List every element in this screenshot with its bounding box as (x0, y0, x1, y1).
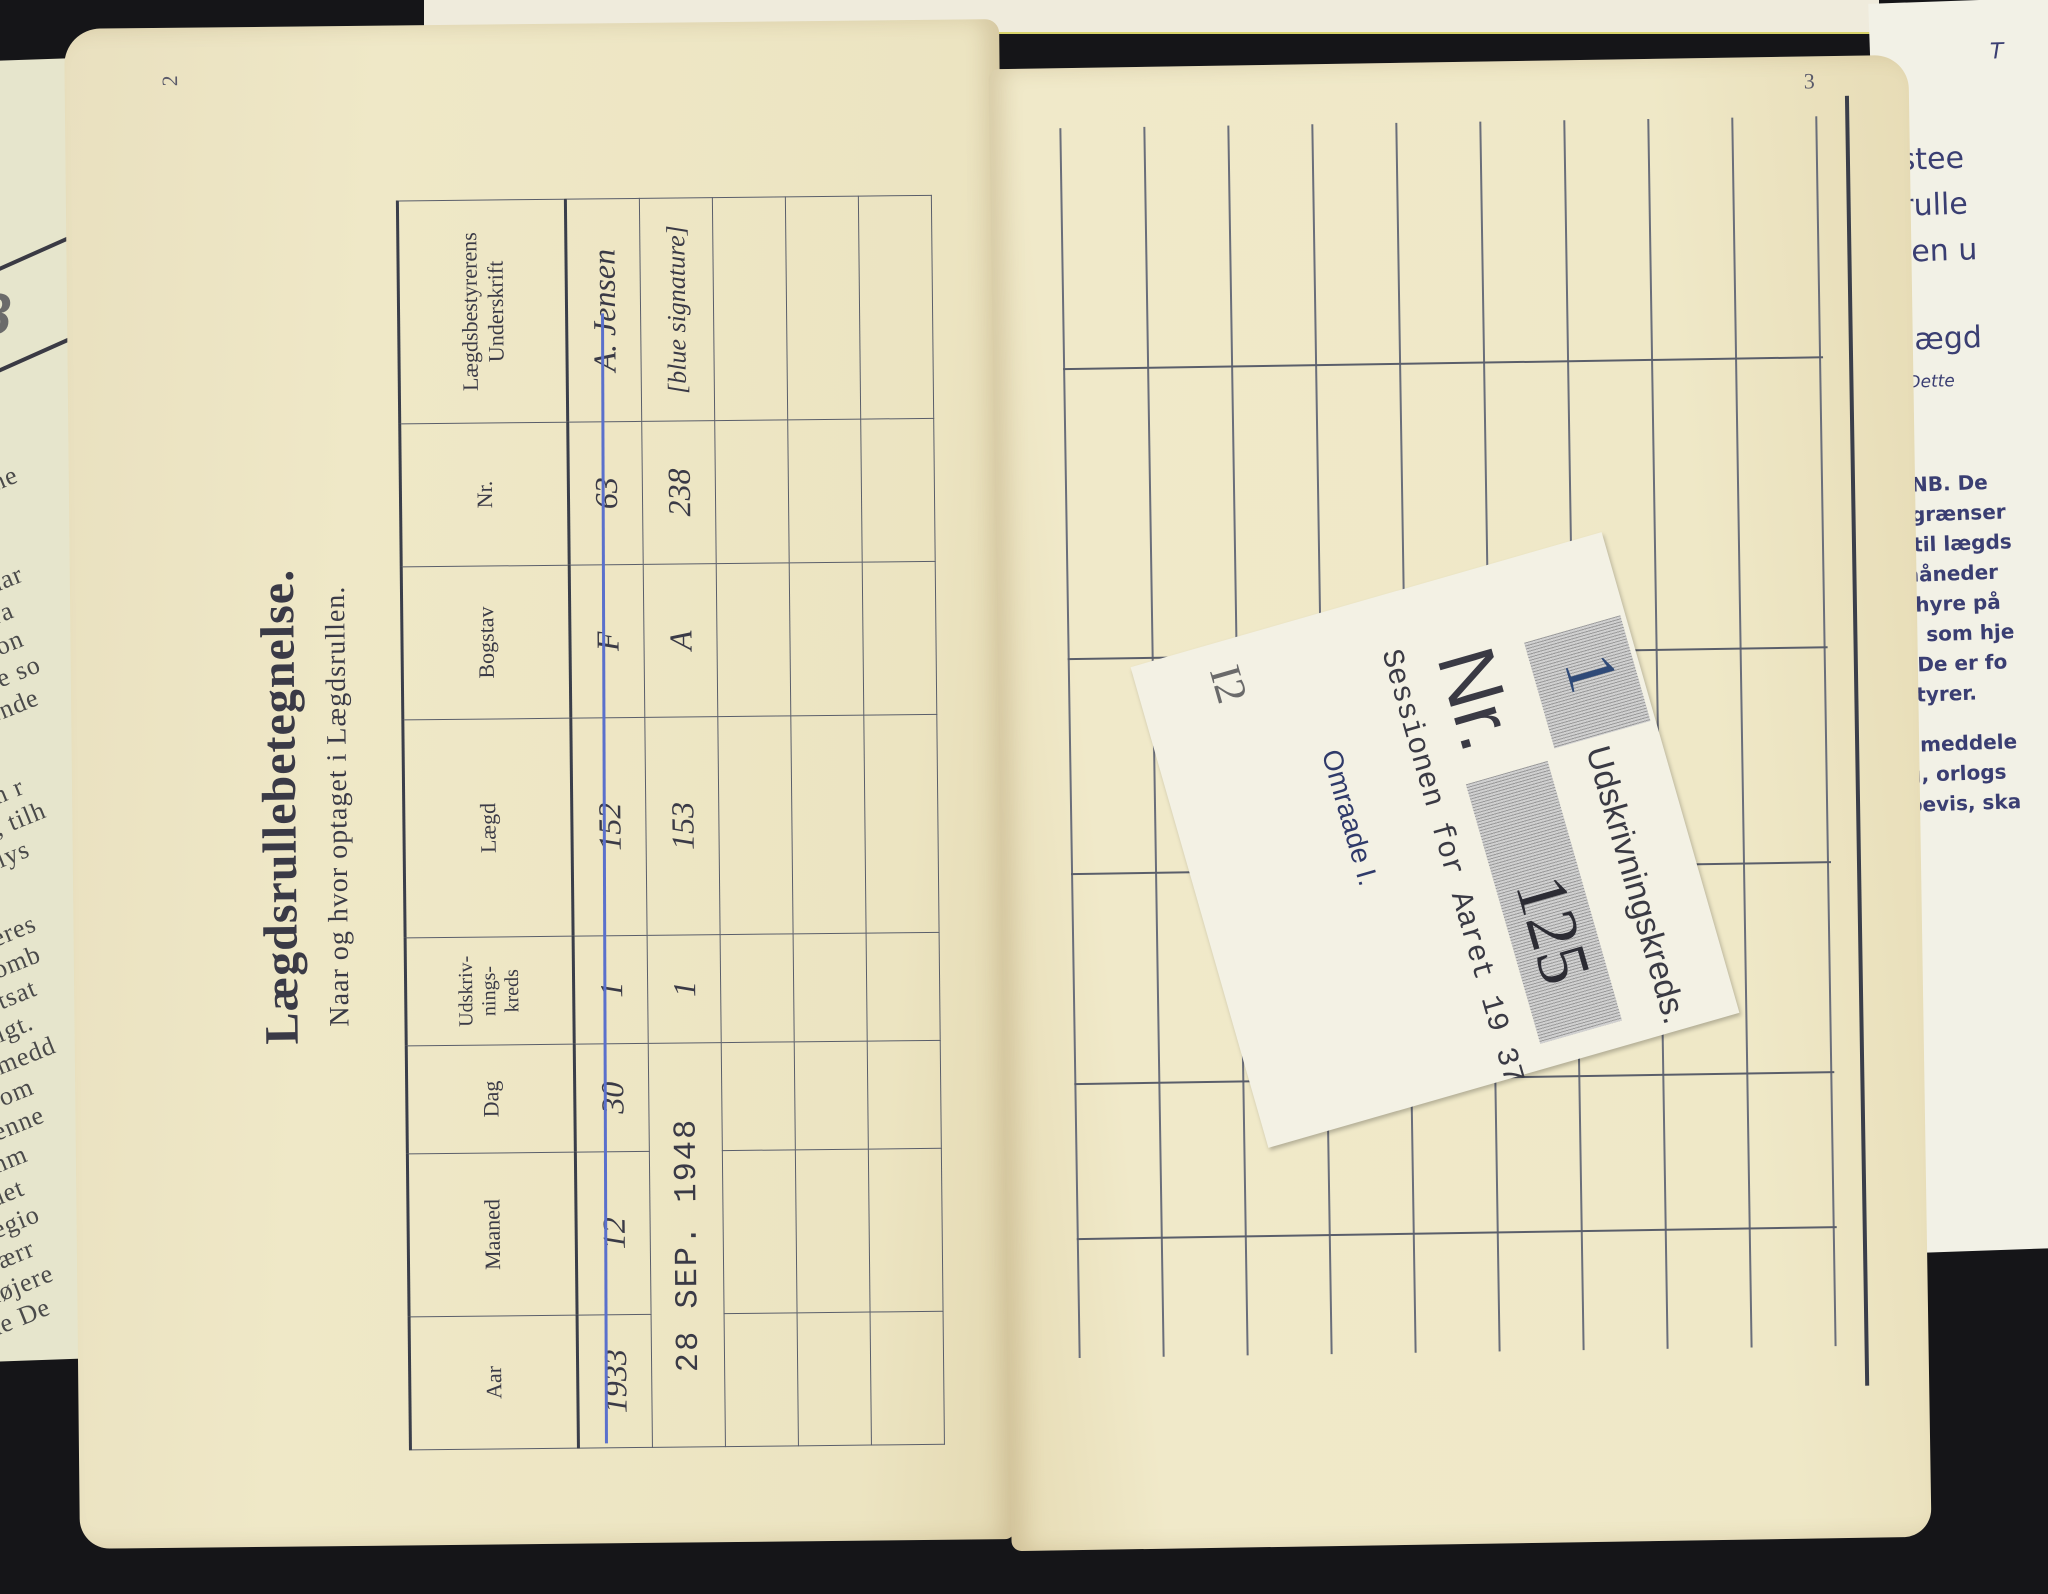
paper-text-line: lægd (1905, 320, 1982, 358)
cell-nr: 238 (642, 421, 716, 565)
registration-form: Lægdsrullebetegnelse. Naar og hvor optag… (245, 101, 820, 1507)
column-header: Lægdsbestyrerens Underskrift (397, 199, 567, 424)
paper-text-line: len u (1902, 232, 1978, 270)
paper-text-line: hyre på (1915, 590, 2001, 617)
table-row (785, 196, 871, 1446)
paper-text-line: meddele (1920, 729, 2018, 756)
form-subtitle: Naar og hvor optaget i Lægdsrullen. (315, 106, 362, 1506)
date-stamp: 28 SEP. 1948 (648, 1043, 725, 1448)
column-header: Lægd (403, 718, 573, 938)
nr-value: 125 (1498, 867, 1608, 994)
registration-table: Aar Maaned Dag Udskriv- nings- kreds Læg… (396, 195, 945, 1451)
page-number: 3 (1804, 68, 1815, 94)
cell-maaned: 12 (575, 1151, 651, 1315)
column-header: Bogstav (401, 565, 571, 720)
nr-label: Nr. (1418, 637, 1535, 761)
page-number: 2 (157, 75, 183, 86)
cell-dag: 30 (574, 1043, 649, 1152)
form-title: Lægdsrullebetegnelse. (245, 106, 315, 1506)
cell-aar: 1933 (577, 1314, 652, 1448)
column-header: Udskriv- nings- kreds (405, 936, 574, 1046)
cell-laegd: 152 (571, 717, 647, 936)
cell-bogstav: F (569, 564, 645, 718)
paper-text-line: T (1990, 39, 2004, 64)
cell-nr: 63 (568, 421, 643, 565)
paper-text-line: g, orlogs (1907, 760, 2007, 787)
table-row: 1933 12 30 1 152 F 63 A. Jensen (565, 198, 652, 1448)
paper-text-line: NB. De (1911, 470, 1989, 497)
paper-text-line: til lægds (1913, 529, 2012, 556)
booklet-left-page: 2 Lægdsrullebetegnelse. Naar og hvor opt… (64, 19, 1015, 1549)
handwritten-number: 38 (0, 280, 12, 349)
paper-text-line: Dette (1907, 371, 1955, 393)
column-header: Aar (409, 1315, 578, 1450)
paper-text-line: bevis, ska (1908, 789, 2022, 817)
column-header: Dag (406, 1044, 575, 1154)
cell-bogstav: A (643, 564, 718, 718)
cell-kreds: 1 (573, 935, 648, 1044)
pencil-mark: I2 (1199, 660, 1258, 709)
table-row (858, 195, 944, 1445)
cell-laegd: 153 (645, 717, 720, 936)
table-row (712, 197, 798, 1447)
area-label: Omraade I. (1315, 746, 1384, 889)
table-header-row: Aar Maaned Dag Udskriv- nings- kreds Læg… (397, 199, 578, 1450)
cell-signature: [blue signature] (639, 198, 714, 422)
table-row: 28 SEP. 1948 1 153 A 238 [blue signature… (639, 198, 725, 1448)
column-header: Maaned (407, 1152, 577, 1317)
paper-text-line: som hje (1926, 619, 2015, 646)
column-header: Nr. (400, 422, 569, 567)
paper-text-line: oplys (0, 834, 34, 885)
paper-text-line: derne (0, 460, 22, 511)
cell-kreds: 1 (647, 935, 721, 1044)
paper-text-line: De er fo (1917, 649, 2008, 676)
